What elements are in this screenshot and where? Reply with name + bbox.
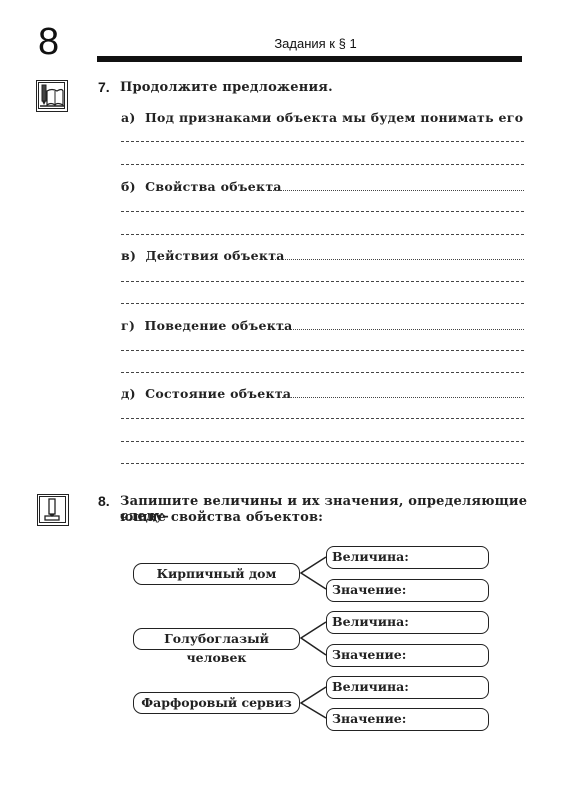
value-field[interactable]: Значение:: [326, 708, 489, 731]
object-box-blue-eyed-person: Голубоглазый человек: [133, 628, 300, 650]
object-box-porcelain-set: Фарфоровый сервиз: [133, 692, 300, 714]
object-box-brick-house: Кирпичный дом: [133, 563, 300, 585]
value-field[interactable]: Значение:: [326, 644, 489, 667]
quantity-field[interactable]: Величина:: [326, 611, 489, 634]
quantity-field[interactable]: Величина:: [326, 546, 489, 569]
quantity-field[interactable]: Величина:: [326, 676, 489, 699]
value-field[interactable]: Значение:: [326, 579, 489, 602]
